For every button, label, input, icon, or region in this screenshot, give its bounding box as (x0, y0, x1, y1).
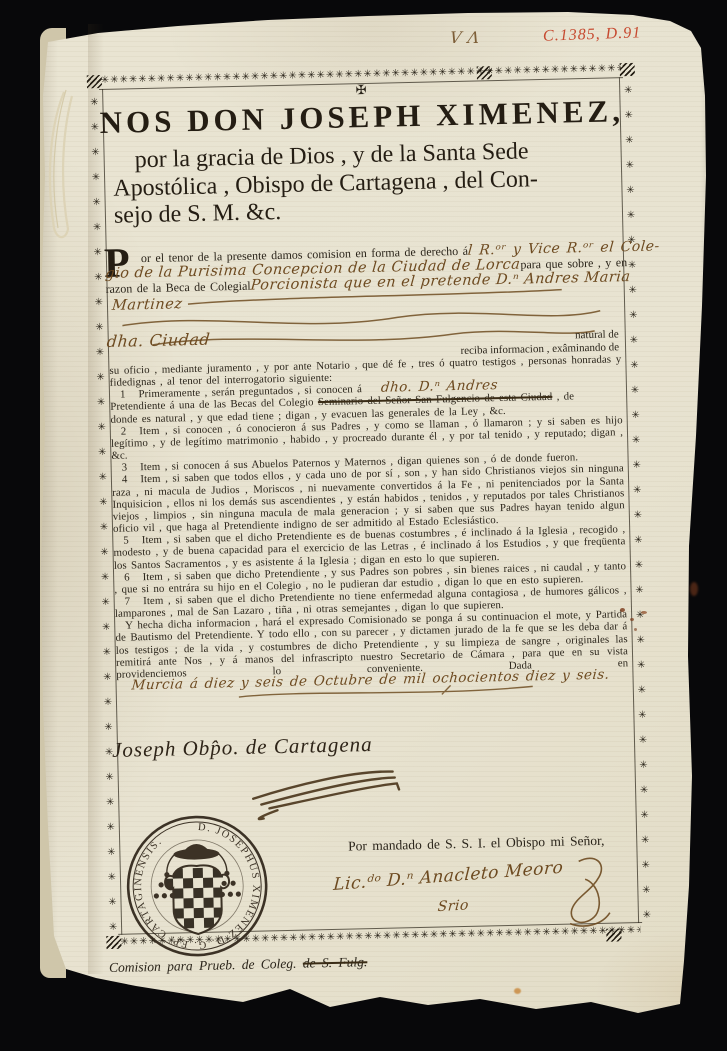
episcopal-style: por la gracia de Dios , y de la Santa Se… (112, 136, 616, 230)
printed-document-frame: ✳✳✳✳✳✳✳✳✳✳✳✳✳✳✳✳✳✳✳✳✳✳✳✳✳✳✳✳✳✳✳✳✳✳✳✳✳✳✳✳… (87, 62, 656, 986)
secretary-title: Srio (437, 897, 469, 915)
border-corner-hatch (106, 936, 121, 949)
item-number: 4 (122, 474, 128, 486)
struck-text: de S. Fulg. (303, 954, 368, 970)
handwritten-entry: dho. D.ⁿ Andres (371, 380, 499, 393)
secretary-signature: Lic.ᵈᵒ D.ⁿ Anacleto Meoro (333, 858, 564, 895)
printed-text: , de (552, 391, 574, 403)
border-corner-hatch (620, 63, 635, 76)
ink-stain (630, 618, 634, 621)
border-corner-hatch (87, 75, 102, 88)
ink-stain (641, 611, 647, 614)
bishop-seal: D. JOSEPHUS XIMENEZ D. G. EP. CARTAGINEN… (122, 810, 273, 961)
item-number: 6 (124, 571, 130, 583)
border-joint-hatch (477, 66, 492, 79)
mandate-line: Por mandado de S. S. I. el Obispo mi Señ… (326, 832, 626, 855)
archival-reference: C.1385, D.91 (543, 24, 642, 45)
ink-stain (620, 608, 625, 612)
signature-rubric-loop (549, 852, 623, 932)
bishop-signature: Joseph Obp̂o. de Cartagena (112, 732, 373, 763)
foxing-spot (690, 582, 698, 596)
ink-corner-marks: V Λ (449, 28, 481, 47)
item-number: 3 (122, 462, 128, 474)
printed-text: Comision para Prueb. de Coleg. (109, 956, 303, 975)
handwritten-entry: dha. Ciudad (106, 330, 211, 351)
item-number: 2 (121, 425, 127, 437)
item-number: 7 (125, 595, 131, 607)
photograph-of-document: { "archival": { "reference": "C.1385, D.… (0, 0, 727, 1051)
ink-stain (634, 628, 637, 631)
document-body: su oficio , mediante juramento , y por a… (109, 353, 629, 705)
printed-text: natural de (575, 328, 619, 341)
item-number: 5 (123, 535, 129, 547)
item-number: 1 (120, 389, 126, 401)
foxing-spot (514, 988, 521, 994)
closing-clause: Y hecha dicha informacion , hará el expr… (115, 608, 629, 693)
